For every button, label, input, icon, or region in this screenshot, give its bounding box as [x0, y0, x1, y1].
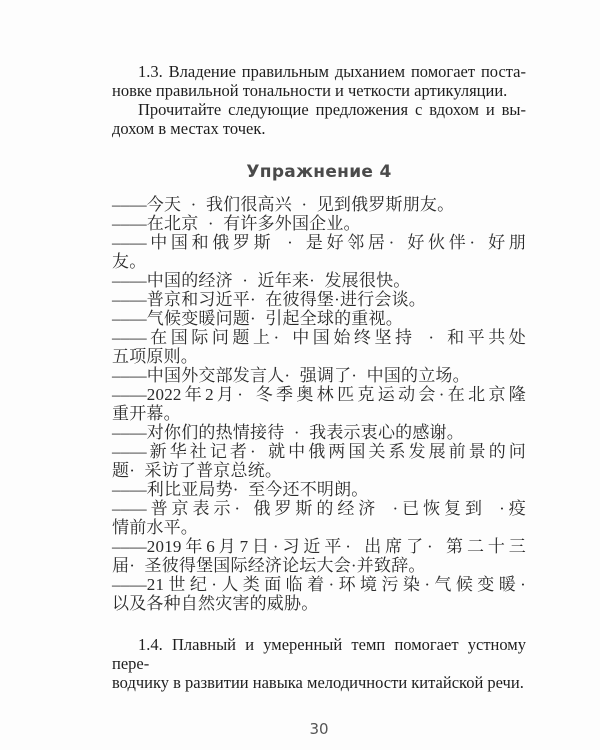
exercise-line: ––––新华社记者· 就中俄两国关系发展前景的问 [112, 442, 526, 461]
paragraph-1-3-line-2: новке правильной тональности и четкости … [112, 81, 526, 100]
exercise-line: ––––在北京 · 有许多外国企业。 [112, 214, 526, 233]
exercise-line-continuation: 五项原则。 [112, 347, 526, 366]
exercise-line-continuation: 情前水平。 [112, 518, 526, 537]
paragraph-read-instruction: Прочитайте следующие предложения с вдохо… [112, 100, 526, 138]
exercise-line-continuation: 友。 [112, 252, 526, 271]
section-1-4: 1.4. Плавный и умеренный темп помогает у… [112, 635, 526, 692]
exercise-line: ––––气候变暖问题· 引起全球的重视。 [112, 309, 526, 328]
paragraph-1-3-line-1: 1.3. Владение правильным дыханием помога… [112, 62, 526, 81]
exercise-line-continuation: 以及各种自然灾害的威胁。 [112, 594, 526, 613]
section-1-3: 1.3. Владение правильным дыханием помога… [112, 62, 526, 138]
paragraph-1-3: 1.3. Владение правильным дыханием помога… [112, 62, 526, 100]
exercise-line: ––––在国际问题上· 中国始终坚持 · 和平共处 [112, 328, 526, 347]
page-number: 30 [112, 720, 526, 738]
paragraph-1-4-line-2: водчику в развитии навыка мелодичности к… [112, 673, 526, 692]
paragraph-read-instruction-line-1: Прочитайте следующие предложения с вдохо… [112, 100, 526, 119]
exercise-line: ––––利比亚局势· 至今还不明朗。 [112, 480, 526, 499]
exercise-line: ––––对你们的热情接待 · 我表示衷心的感谢。 [112, 423, 526, 442]
exercise-line-continuation: 届· 圣彼得堡国际经济论坛大会·并致辞。 [112, 556, 526, 575]
paragraph-read-instruction-line-2: дохом в местах точек. [112, 119, 526, 138]
exercise-sentences: ––––中国和俄罗斯 · 是好邻居· 好伙伴· 好朋 ––––今天 · 我们很高… [112, 195, 526, 613]
exercise-line: ––––2022年2月· 冬季奥林匹克运动会·在北京隆 [112, 385, 526, 404]
book-page: 1.3. Владение правильным дыханием помога… [0, 0, 600, 750]
paragraph-1-4-line-1: 1.4. Плавный и умеренный темп помогает у… [112, 635, 526, 673]
exercise-line: ––––普京和习近平· 在彼得堡·进行会谈。 [112, 290, 526, 309]
exercise-heading: Упражнение 4 [112, 161, 526, 183]
exercise-line-continuation: 重开幕。 [112, 404, 526, 423]
exercise-line: ––––中国的经济 · 近年来· 发展很快。 [112, 271, 526, 290]
exercise-line: ––––中国和俄罗斯 · 是好邻居· 好伙伴· 好朋 [112, 233, 526, 252]
exercise-line: ––––普京表示· 俄罗斯的经济 ·已恢复到 ·疫 [112, 499, 526, 518]
exercise-line: ––––中国外交部发言人· 强调了· 中国的立场。 [112, 366, 526, 385]
exercise-line-continuation: 题· 采访了普京总统。 [112, 461, 526, 480]
exercise-line: ––––2019年6月7日·习近平· 出席了· 第二十三 [112, 537, 526, 556]
exercise-line: ––––21世纪·人类面临着·环境污染·气候变暖· [112, 575, 526, 594]
exercise-line: ––––今天 · 我们很高兴 · 见到俄罗斯朋友。 [112, 195, 526, 214]
